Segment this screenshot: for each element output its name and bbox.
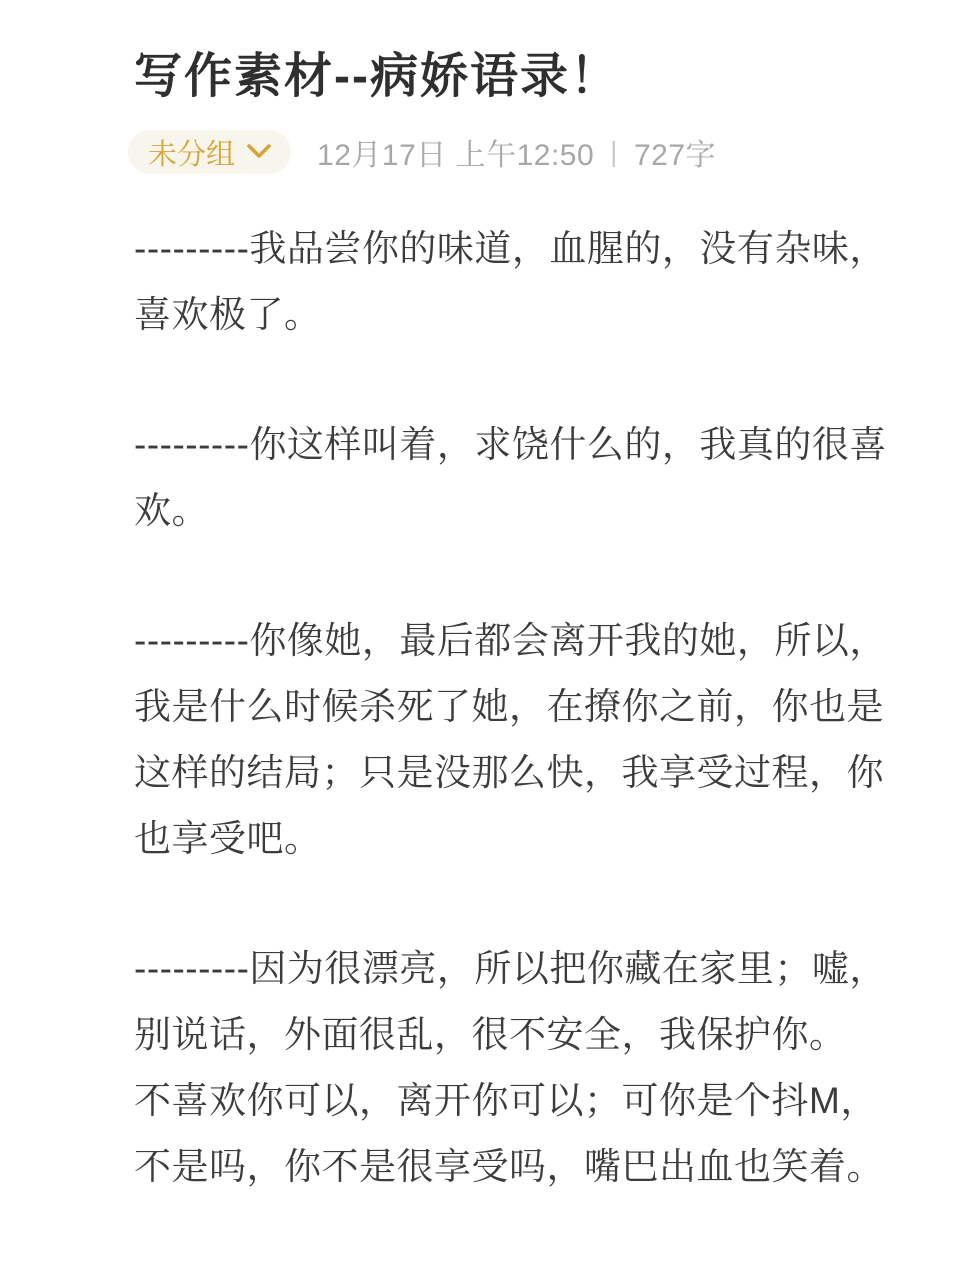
note-paragraph: ---------因为很漂亮，所以把你藏在家里；嘘， 别说话，外面很乱，很不安全…	[134, 936, 890, 1200]
note-date: 12月17日 上午12:50	[317, 130, 594, 174]
note-title[interactable]: 写作素材--病娇语录！	[134, 46, 890, 108]
group-badge-label: 未分组	[148, 132, 235, 173]
paragraph-line[interactable]: ---------我品尝你的味道，血腥的，没有杂味，	[134, 216, 890, 282]
paragraph-line[interactable]: 我是什么时候杀死了她，在撩你之前，你也是	[134, 674, 890, 740]
note-paragraph: ---------你这样叫着，求饶什么的，我真的很喜 欢。	[134, 412, 890, 544]
paragraph-line[interactable]: ---------你像她，最后都会离开我的她，所以，	[134, 608, 890, 674]
note-body[interactable]: ---------我品尝你的味道，血腥的，没有杂味， 喜欢极了。 -------…	[134, 216, 890, 1200]
note-word-count: 727字	[634, 130, 716, 174]
chevron-down-icon	[247, 144, 271, 160]
paragraph-line[interactable]: 也享受吧。	[134, 806, 890, 872]
group-badge[interactable]: 未分组	[128, 130, 291, 174]
paragraph-line[interactable]: 这样的结局；只是没那么快，我享受过程，你	[134, 740, 890, 806]
meta-separator: |	[610, 136, 618, 168]
note-page: 写作素材--病娇语录！ 未分组 12月17日 上午12:50 | 727字 --…	[0, 0, 960, 1280]
paragraph-line[interactable]: 欢。	[134, 478, 890, 544]
note-paragraph: ---------你像她，最后都会离开我的她，所以， 我是什么时候杀死了她，在撩…	[134, 608, 890, 872]
note-meta-row: 未分组 12月17日 上午12:50 | 727字	[128, 130, 890, 174]
paragraph-line[interactable]: 别说话，外面很乱，很不安全，我保护你。	[134, 1002, 890, 1068]
note-meta-info: 12月17日 上午12:50 | 727字	[317, 130, 716, 174]
paragraph-line[interactable]: ---------因为很漂亮，所以把你藏在家里；嘘，	[134, 936, 890, 1002]
paragraph-line[interactable]: ---------你这样叫着，求饶什么的，我真的很喜	[134, 412, 890, 478]
paragraph-line[interactable]: 喜欢极了。	[134, 282, 890, 348]
paragraph-line[interactable]: 不是吗，你不是很享受吗，嘴巴出血也笑着。	[134, 1134, 890, 1200]
note-paragraph: ---------我品尝你的味道，血腥的，没有杂味， 喜欢极了。	[134, 216, 890, 348]
paragraph-line[interactable]: 不喜欢你可以，离开你可以；可你是个抖M，	[134, 1068, 890, 1134]
